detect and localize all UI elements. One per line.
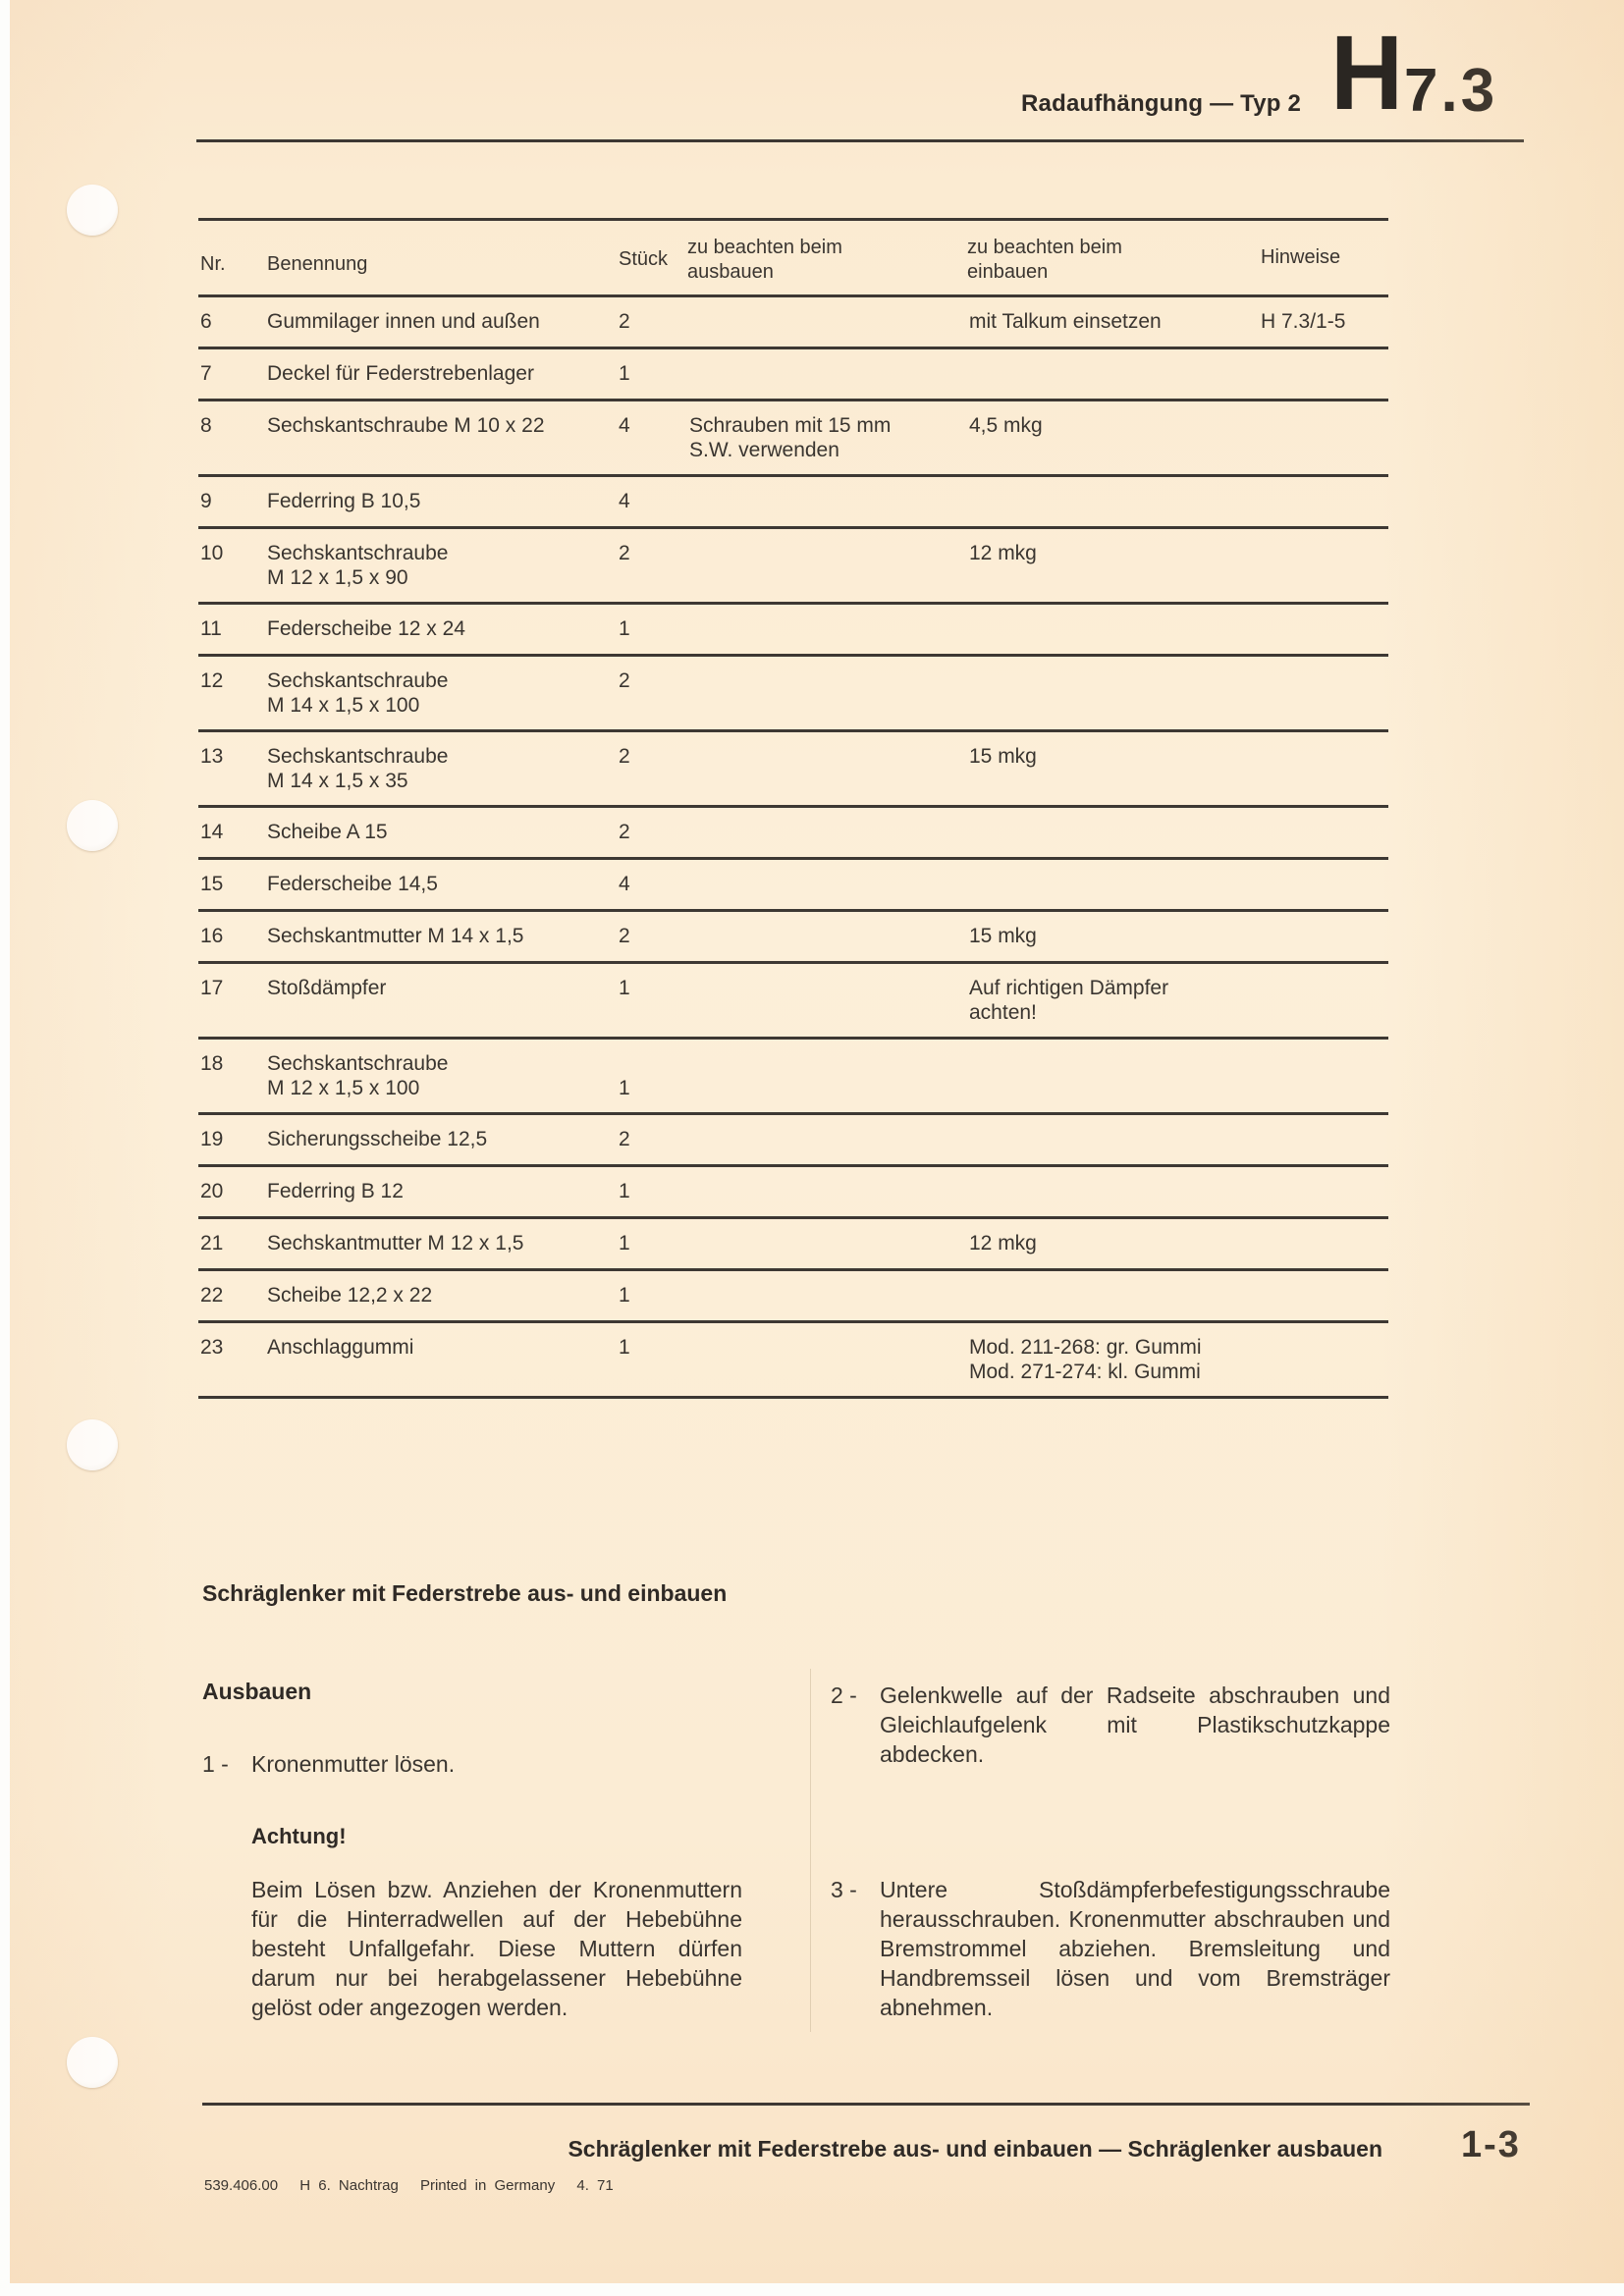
part-name-line: Stoßdämpfer: [267, 976, 386, 1000]
table-row: 21Sechskantmutter M 12 x 1,5112 mkg: [198, 1219, 1388, 1271]
install-note: Mod. 211-268: gr. GummiMod. 271-274: kl.…: [969, 1335, 1202, 1384]
part-name-line: Federring B 10,5: [267, 489, 420, 513]
part-quantity: 1: [619, 1335, 630, 1360]
part-name-line: Deckel für Federstrebenlager: [267, 361, 534, 386]
part-name-line: Federring B 12: [267, 1179, 404, 1203]
col-remove: zu beachten beim ausbauen: [687, 236, 842, 285]
part-quantity: 2: [619, 744, 630, 769]
row-number: 16: [200, 924, 223, 948]
table-row: 11Federscheibe 12 x 241: [198, 605, 1388, 657]
install-note-line: 12 mkg: [969, 541, 1037, 565]
part-name-line: M 14 x 1,5 x 35: [267, 769, 448, 793]
table-row: 23Anschlaggummi1Mod. 211-268: gr. GummiM…: [198, 1323, 1388, 1399]
col-install: zu beachten beim einbauen: [967, 236, 1122, 285]
col-install-line: zu beachten beim: [967, 236, 1122, 260]
install-note: 15 mkg: [969, 924, 1037, 948]
table-row: 15Federscheibe 14,54: [198, 860, 1388, 912]
footer-title: Schräglenker mit Federstrebe aus- und ei…: [568, 2136, 1382, 2163]
step-text: Untere Stoßdämpferbefestigungsschraube h…: [880, 1875, 1390, 2022]
part-quantity: 4: [619, 489, 630, 513]
install-note-line: 4,5 mkg: [969, 413, 1043, 438]
remove-note: Schrauben mit 15 mmS.W. verwenden: [689, 413, 891, 462]
table-row: 8Sechskantschraube M 10 x 224Schrauben m…: [198, 401, 1388, 477]
table-row: 7Deckel für Federstrebenlager1: [198, 349, 1388, 401]
part-name: Scheibe 12,2 x 22: [267, 1283, 432, 1308]
table-row: 20Federring B 121: [198, 1167, 1388, 1219]
printed-in: Printed in Germany: [420, 2177, 555, 2194]
part-name-line: Sechskantmutter M 14 x 1,5: [267, 924, 523, 948]
install-note-line: Auf richtigen Dämpfer: [969, 976, 1168, 1000]
part-quantity: 1: [619, 616, 630, 641]
part-name: Federscheibe 14,5: [267, 872, 438, 896]
part-quantity: 2: [619, 668, 630, 693]
part-quantity: 2: [619, 924, 630, 948]
table-row: 16Sechskantmutter M 14 x 1,5215 mkg: [198, 912, 1388, 964]
part-name: Federring B 12: [267, 1179, 404, 1203]
install-note-line: 12 mkg: [969, 1231, 1037, 1255]
part-name: SechskantschraubeM 14 x 1,5 x 100: [267, 668, 448, 718]
table-row: 18SechskantschraubeM 12 x 1,5 x 1001: [198, 1040, 1388, 1115]
col-hints: Hinweise: [1261, 245, 1340, 270]
table-header-row: Nr. Benennung Stück zu beachten beim aus…: [198, 220, 1388, 297]
remove-note-line: Schrauben mit 15 mm: [689, 413, 891, 438]
column-divider: [810, 1669, 811, 2032]
row-number: 15: [200, 872, 223, 896]
table-row: 9Federring B 10,54: [198, 477, 1388, 529]
page-number: 1-3: [1461, 2124, 1521, 2166]
row-number: 20: [200, 1179, 223, 1203]
part-name: Anschlaggummi: [267, 1335, 413, 1360]
remove-note-line: S.W. verwenden: [689, 438, 891, 462]
table-row: 22Scheibe 12,2 x 221: [198, 1271, 1388, 1323]
punch-hole: [67, 185, 118, 236]
part-name-line: M 14 x 1,5 x 100: [267, 693, 448, 718]
step-text: Gelenkwelle auf der Radseite abschrauben…: [880, 1681, 1390, 1769]
install-note: 12 mkg: [969, 1231, 1037, 1255]
row-number: 21: [200, 1231, 223, 1255]
print-date: 4. 71: [576, 2177, 613, 2194]
part-name-line: Sechskantschraube: [267, 744, 448, 769]
col-install-line: einbauen: [967, 260, 1122, 285]
row-number: 14: [200, 820, 223, 844]
row-number: 9: [200, 489, 212, 513]
row-number: 12: [200, 668, 223, 693]
part-name: Sechskantmutter M 14 x 1,5: [267, 924, 523, 948]
part-name-line: Sechskantschraube: [267, 1051, 448, 1076]
manual-page: Radaufhängung — Typ 2 H 7.3 Nr. Benennun…: [10, 0, 1624, 2283]
part-name-line: Federscheibe 14,5: [267, 872, 438, 896]
doc-number: 539.406.00: [204, 2177, 278, 2194]
part-name-line: Federscheibe 12 x 24: [267, 616, 465, 641]
install-note: 12 mkg: [969, 541, 1037, 565]
table-row: 17Stoßdämpfer1Auf richtigen Dämpferachte…: [198, 964, 1388, 1040]
install-note-line: 15 mkg: [969, 744, 1037, 769]
step-number: 3 -: [831, 1875, 857, 1904]
part-quantity: 4: [619, 413, 630, 438]
part-name-line: M 12 x 1,5 x 90: [267, 565, 448, 590]
row-number: 17: [200, 976, 223, 1000]
warning-text: Beim Lösen bzw. Anziehen der Kronenmutte…: [251, 1875, 742, 2022]
print-info: 539.406.00 H 6. Nachtrag Printed in Germ…: [204, 2177, 627, 2194]
part-name-line: Scheibe 12,2 x 22: [267, 1283, 432, 1308]
part-name-line: M 12 x 1,5 x 100: [267, 1076, 448, 1100]
section-title: Radaufhängung — Typ 2: [1021, 90, 1301, 118]
hint-reference: H 7.3/1-5: [1261, 309, 1345, 334]
part-name: SechskantschraubeM 14 x 1,5 x 35: [267, 744, 448, 793]
part-quantity: 1: [619, 976, 630, 1000]
part-name-line: Sicherungsscheibe 12,5: [267, 1127, 487, 1151]
part-name: SechskantschraubeM 12 x 1,5 x 90: [267, 541, 448, 590]
part-quantity: 1: [619, 361, 630, 386]
install-note: Auf richtigen Dämpferachten!: [969, 976, 1168, 1025]
part-name: Deckel für Federstrebenlager: [267, 361, 534, 386]
row-number: 8: [200, 413, 212, 438]
col-qty: Stück: [619, 247, 668, 272]
table-row: 14Scheibe A 152: [198, 808, 1388, 860]
part-quantity: 2: [619, 309, 630, 334]
col-remove-line: zu beachten beim: [687, 236, 842, 260]
header-rule: [196, 139, 1524, 142]
part-name: Federscheibe 12 x 24: [267, 616, 465, 641]
install-note-line: achten!: [969, 1000, 1168, 1025]
col-remove-line: ausbauen: [687, 260, 842, 285]
part-name: Sechskantschraube M 10 x 22: [267, 413, 545, 438]
part-name: Gummilager innen und außen: [267, 309, 540, 334]
part-name-line: Gummilager innen und außen: [267, 309, 540, 334]
part-name: Sechskantmutter M 12 x 1,5: [267, 1231, 523, 1255]
row-number: 6: [200, 309, 212, 334]
step-number: 2 -: [831, 1681, 857, 1710]
part-quantity: 1: [619, 1076, 630, 1100]
step-text: Kronenmutter lösen.: [251, 1749, 752, 1779]
table-row: 12SechskantschraubeM 14 x 1,5 x 1002: [198, 657, 1388, 732]
parts-table: Nr. Benennung Stück zu beachten beim aus…: [198, 220, 1388, 1399]
punch-hole: [67, 2037, 118, 2088]
supplement: H 6. Nachtrag: [299, 2177, 399, 2194]
part-name-line: Anschlaggummi: [267, 1335, 413, 1360]
part-name-line: Sechskantschraube: [267, 668, 448, 693]
install-note: 15 mkg: [969, 744, 1037, 769]
install-note-line: Mod. 211-268: gr. Gummi: [969, 1335, 1202, 1360]
row-number: 7: [200, 361, 212, 386]
part-name: Federring B 10,5: [267, 489, 420, 513]
group-number: 7.3: [1404, 61, 1497, 122]
group-letter: H: [1330, 20, 1403, 126]
table-row: 6Gummilager innen und außen2mit Talkum e…: [198, 297, 1388, 349]
part-quantity: 1: [619, 1283, 630, 1308]
row-number: 23: [200, 1335, 223, 1360]
part-quantity: 2: [619, 1127, 630, 1151]
row-number: 10: [200, 541, 223, 565]
row-number: 22: [200, 1283, 223, 1308]
row-number: 18: [200, 1051, 223, 1076]
col-name: Benennung: [267, 252, 367, 277]
row-number: 13: [200, 744, 223, 769]
table-row: 13SechskantschraubeM 14 x 1,5 x 35215 mk…: [198, 732, 1388, 808]
punch-hole: [67, 800, 118, 851]
part-quantity: 2: [619, 820, 630, 844]
table-body: 6Gummilager innen und außen2mit Talkum e…: [198, 297, 1388, 1399]
install-note-line: mit Talkum einsetzen: [969, 309, 1162, 334]
part-name: SechskantschraubeM 12 x 1,5 x 100: [267, 1051, 448, 1100]
part-name-line: Scheibe A 15: [267, 820, 388, 844]
install-note-line: Mod. 271-274: kl. Gummi: [969, 1360, 1202, 1384]
part-quantity: 1: [619, 1179, 630, 1203]
table-row: 19Sicherungsscheibe 12,52: [198, 1115, 1388, 1167]
install-note: 4,5 mkg: [969, 413, 1043, 438]
part-name: Stoßdämpfer: [267, 976, 386, 1000]
procedure-subtitle: Ausbauen: [202, 1679, 311, 1705]
row-number: 11: [200, 616, 222, 641]
install-note-line: 15 mkg: [969, 924, 1037, 948]
warning-title: Achtung!: [251, 1824, 347, 1849]
punch-hole: [67, 1419, 118, 1470]
col-nr: Nr.: [200, 252, 226, 277]
part-quantity: 4: [619, 872, 630, 896]
row-number: 19: [200, 1127, 223, 1151]
part-name-line: Sechskantschraube: [267, 541, 448, 565]
table-row: 10SechskantschraubeM 12 x 1,5 x 90212 mk…: [198, 529, 1388, 605]
part-name-line: Sechskantschraube M 10 x 22: [267, 413, 545, 438]
part-name: Sicherungsscheibe 12,5: [267, 1127, 487, 1151]
part-name-line: Sechskantmutter M 12 x 1,5: [267, 1231, 523, 1255]
footer-rule: [202, 2103, 1530, 2106]
part-name: Scheibe A 15: [267, 820, 388, 844]
part-quantity: 2: [619, 541, 630, 565]
procedure-title: Schräglenker mit Federstrebe aus- und ei…: [202, 1580, 727, 1607]
install-note: mit Talkum einsetzen: [969, 309, 1162, 334]
step-number: 1 -: [202, 1749, 229, 1779]
part-quantity: 1: [619, 1231, 630, 1255]
